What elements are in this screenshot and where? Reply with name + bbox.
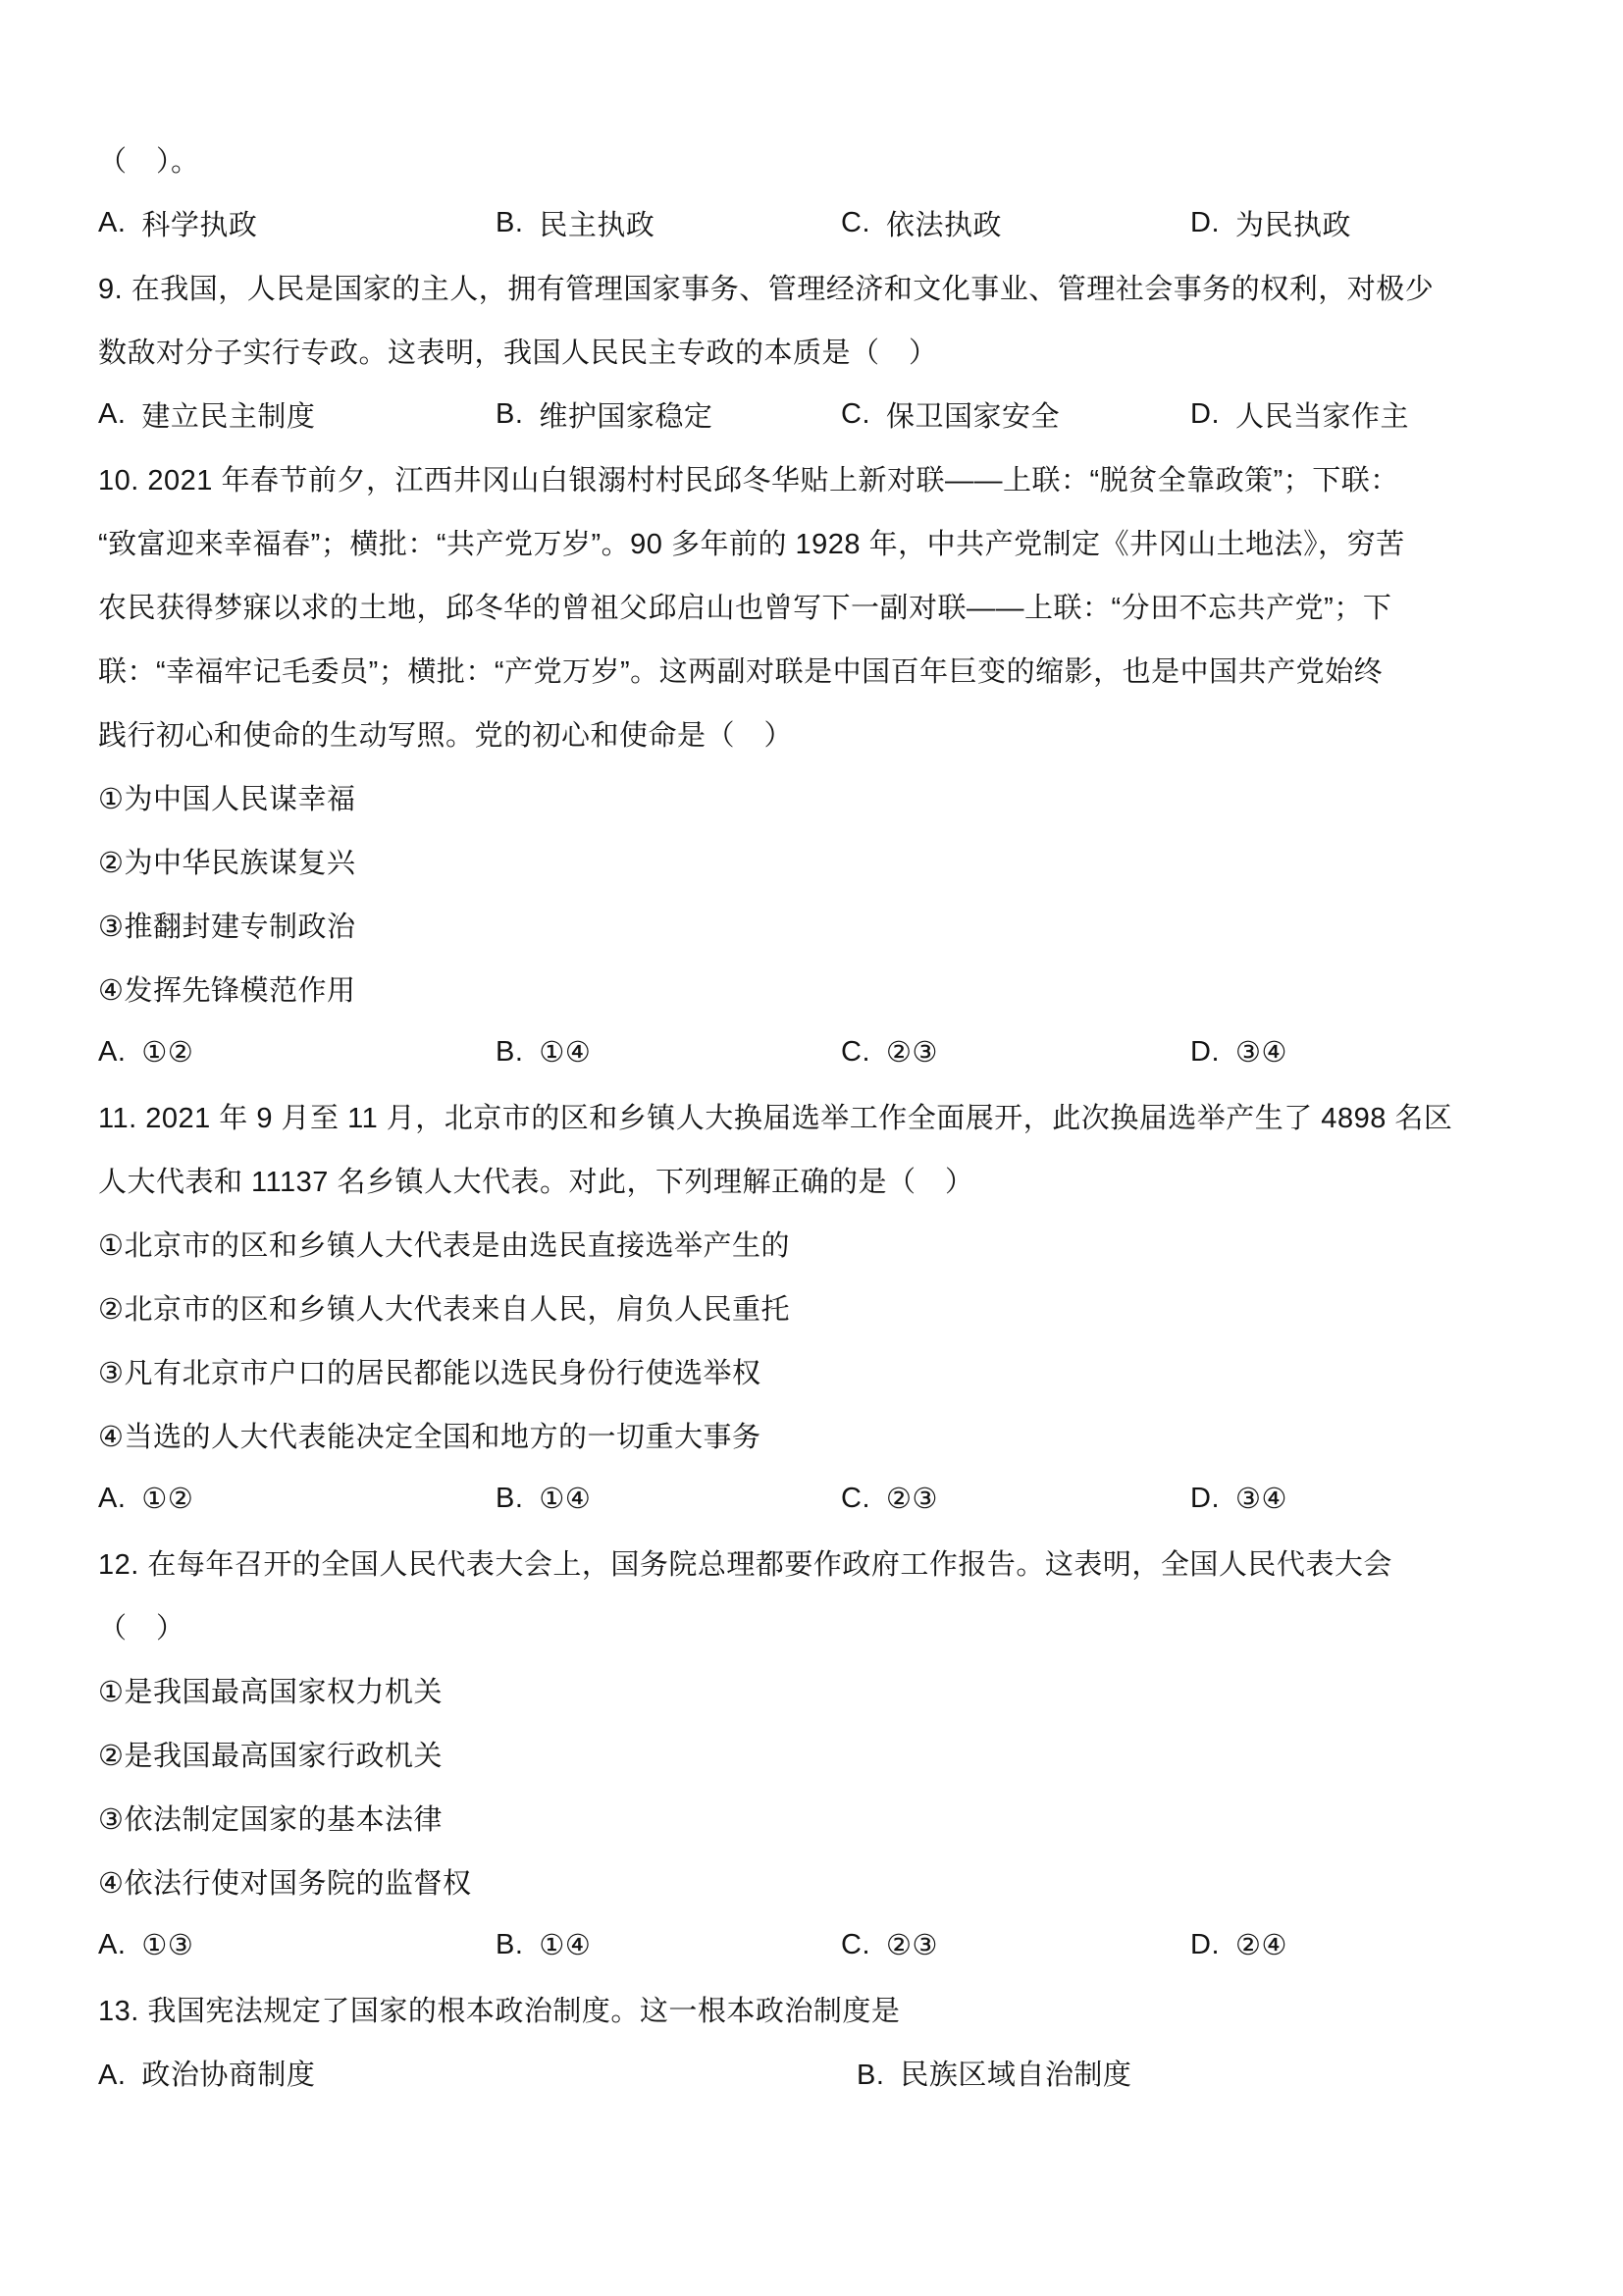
question-10-stem-line: “致富迎来幸福春”；横批：“共产党万岁”。90 多年前的 1928 年，中共产党… — [98, 510, 1537, 574]
choice-a-text: ①③ — [141, 1928, 193, 1962]
choice-c-label: C. — [841, 207, 870, 239]
choice-a-label: A. — [98, 398, 126, 431]
choice-b-text: ①④ — [539, 1035, 591, 1070]
question-13: 13. 我国宪法规定了国家的根本政治制度。这一根本政治制度是 A.政治协商制度 … — [98, 1977, 1537, 2105]
question-9-stem-line: 9. 在我国，人民是国家的主人，拥有管理国家事务、管理经济和文化事业、管理社会事… — [98, 255, 1537, 319]
choice-a-text: 科学执政 — [141, 203, 257, 243]
choice-d-text: ③④ — [1235, 1035, 1287, 1070]
question-8: （ ）。 A.科学执政 B.民主执政 C.依法执政 D.为民执政 — [98, 128, 1537, 255]
choice-c: C.依法执政 — [841, 203, 1190, 243]
question-12-item-4: ④依法行使对国务院的监督权 — [98, 1850, 1537, 1913]
choice-a-text: 政治协商制度 — [141, 2060, 315, 2091]
question-11-choices: A.①② B.①④ C.②③ D.③④ — [98, 1467, 1537, 1531]
choice-b-label: B. — [496, 207, 523, 239]
choice-a: A.①② — [98, 1482, 496, 1516]
choice-b: B.①④ — [496, 1928, 841, 1962]
exam-content: （ ）。 A.科学执政 B.民主执政 C.依法执政 D.为民执政 9. 在我国，… — [98, 128, 1537, 2105]
choice-a-text: ①② — [141, 1482, 193, 1516]
question-11-item-1: ①北京市的区和乡镇人大代表是由选民直接选举产生的 — [98, 1212, 1537, 1276]
choice-c-label: C. — [841, 1036, 870, 1069]
choice-b-label: B. — [496, 398, 523, 431]
choice-c: C.②③ — [841, 1035, 1190, 1070]
choice-c: C.②③ — [841, 1928, 1190, 1962]
choice-c-label: C. — [841, 1483, 870, 1515]
question-12: 12. 在每年召开的全国人民代表大会上，国务院总理都要作政府工作报告。这表明，全… — [98, 1531, 1537, 1977]
choice-d: D.③④ — [1190, 1035, 1537, 1070]
question-12-item-2: ②是我国最高国家行政机关 — [98, 1722, 1537, 1786]
question-11-stem-line: 11. 2021 年 9 月至 11 月，北京市的区和乡镇人大换届选举工作全面展… — [98, 1084, 1537, 1148]
choice-a: A.①② — [98, 1035, 496, 1070]
choice-a-text: 建立民主制度 — [141, 394, 315, 435]
choice-a-label: A. — [98, 1483, 126, 1515]
choice-d-label: D. — [1190, 207, 1220, 239]
choice-a: A.①③ — [98, 1928, 496, 1962]
choice-b-label: B. — [496, 1929, 523, 1961]
choice-d: D.②④ — [1190, 1928, 1537, 1962]
choice-d: D.为民执政 — [1190, 203, 1537, 243]
choice-b: B.①④ — [496, 1482, 841, 1516]
question-11-item-2: ②北京市的区和乡镇人大代表来自人民，肩负人民重托 — [98, 1276, 1537, 1339]
choice-c-text: ②③ — [886, 1035, 938, 1070]
choice-b-text: ①④ — [539, 1928, 591, 1962]
choice-b-text: 维护国家稳定 — [539, 394, 712, 435]
question-10-stem-line: 10. 2021 年春节前夕，江西井冈山白银溺村村民邱冬华贴上新对联——上联：“… — [98, 446, 1537, 510]
question-10-item-3: ③推翻封建专制政治 — [98, 893, 1537, 957]
choice-d-label: D. — [1190, 1929, 1220, 1961]
question-10-stem-line: 践行初心和使命的生动写照。党的初心和使命是（ ） — [98, 702, 1537, 765]
question-12-choices: A.①③ B.①④ C.②③ D.②④ — [98, 1913, 1537, 1977]
choice-d-text: ③④ — [1235, 1482, 1287, 1516]
question-12-stem-line: （ ） — [98, 1594, 1537, 1658]
choice-a: A.政治协商制度 — [98, 2053, 857, 2093]
choice-b: B.维护国家稳定 — [496, 394, 841, 435]
choice-b-text: ①④ — [539, 1482, 591, 1516]
question-11-item-4: ④当选的人大代表能决定全国和地方的一切重大事务 — [98, 1403, 1537, 1467]
question-12-item-1: ①是我国最高国家权力机关 — [98, 1658, 1537, 1722]
question-10-stem-line: 农民获得梦寐以求的土地，邱冬华的曾祖父邱启山也曾写下一副对联——上联：“分田不忘… — [98, 574, 1537, 638]
question-10-item-1: ①为中国人民谋幸福 — [98, 765, 1537, 829]
choice-a-label: A. — [98, 1036, 126, 1069]
question-9: 9. 在我国，人民是国家的主人，拥有管理国家事务、管理经济和文化事业、管理社会事… — [98, 255, 1537, 446]
choice-d-text: 为民执政 — [1235, 203, 1351, 243]
choice-b-label: B. — [496, 1483, 523, 1515]
question-10-choices: A.①② B.①④ C.②③ D.③④ — [98, 1020, 1537, 1084]
choice-b-text: 民族区域自治制度 — [900, 2060, 1131, 2091]
question-12-stem-line: 12. 在每年召开的全国人民代表大会上，国务院总理都要作政府工作报告。这表明，全… — [98, 1531, 1537, 1594]
choice-b-label: B. — [857, 2060, 884, 2091]
exam-page: （ ）。 A.科学执政 B.民主执政 C.依法执政 D.为民执政 9. 在我国，… — [0, 0, 1623, 2296]
choice-d: D.③④ — [1190, 1482, 1537, 1516]
choice-a: A.建立民主制度 — [98, 394, 496, 435]
choice-d-label: D. — [1190, 1036, 1220, 1069]
choice-d-label: D. — [1190, 1483, 1220, 1515]
question-12-item-3: ③依法制定国家的基本法律 — [98, 1786, 1537, 1850]
question-9-stem-line: 数敌对分子实行专政。这表明，我国人民民主专政的本质是（ ） — [98, 319, 1537, 383]
choice-b: B.①④ — [496, 1035, 841, 1070]
choice-b-text: 民主执政 — [539, 203, 654, 243]
choice-a-label: A. — [98, 207, 126, 239]
choice-c-label: C. — [841, 1929, 870, 1961]
choice-a-label: A. — [98, 1929, 126, 1961]
question-13-stem-line: 13. 我国宪法规定了国家的根本政治制度。这一根本政治制度是 — [98, 1977, 1537, 2041]
question-11-stem-line: 人大代表和 11137 名乡镇人大代表。对此，下列理解正确的是（ ） — [98, 1148, 1537, 1212]
choice-c-text: ②③ — [886, 1928, 938, 1962]
question-10: 10. 2021 年春节前夕，江西井冈山白银溺村村民邱冬华贴上新对联——上联：“… — [98, 446, 1537, 1084]
question-10-item-2: ②为中华民族谋复兴 — [98, 829, 1537, 893]
question-11-item-3: ③凡有北京市户口的居民都能以选民身份行使选举权 — [98, 1339, 1537, 1403]
choice-c: C.保卫国家安全 — [841, 394, 1190, 435]
question-11: 11. 2021 年 9 月至 11 月，北京市的区和乡镇人大换届选举工作全面展… — [98, 1084, 1537, 1531]
choice-d: D.人民当家作主 — [1190, 394, 1537, 435]
choice-a-text: ①② — [141, 1035, 193, 1070]
question-8-stem-line: （ ）。 — [98, 128, 1537, 191]
choice-d-text: ②④ — [1235, 1928, 1287, 1962]
choice-b: B.民族区域自治制度 — [857, 2053, 1537, 2093]
choice-c-label: C. — [841, 398, 870, 431]
choice-b: B.民主执政 — [496, 203, 841, 243]
question-8-choices: A.科学执政 B.民主执政 C.依法执政 D.为民执政 — [98, 191, 1537, 255]
question-9-choices: A.建立民主制度 B.维护国家稳定 C.保卫国家安全 D.人民当家作主 — [98, 383, 1537, 446]
question-10-stem-line: 联：“幸福牢记毛委员”；横批：“产党万岁”。这两副对联是中国百年巨变的缩影，也是… — [98, 638, 1537, 702]
choice-d-label: D. — [1190, 398, 1220, 431]
choice-c-text: 依法执政 — [886, 203, 1002, 243]
choice-c-text: 保卫国家安全 — [886, 394, 1060, 435]
choice-c-text: ②③ — [886, 1482, 938, 1516]
question-10-item-4: ④发挥先锋模范作用 — [98, 957, 1537, 1020]
question-13-choices: A.政治协商制度 B.民族区域自治制度 — [98, 2041, 1537, 2105]
choice-c: C.②③ — [841, 1482, 1190, 1516]
choice-d-text: 人民当家作主 — [1235, 394, 1409, 435]
choice-a-label: A. — [98, 2060, 126, 2091]
choice-a: A.科学执政 — [98, 203, 496, 243]
choice-b-label: B. — [496, 1036, 523, 1069]
